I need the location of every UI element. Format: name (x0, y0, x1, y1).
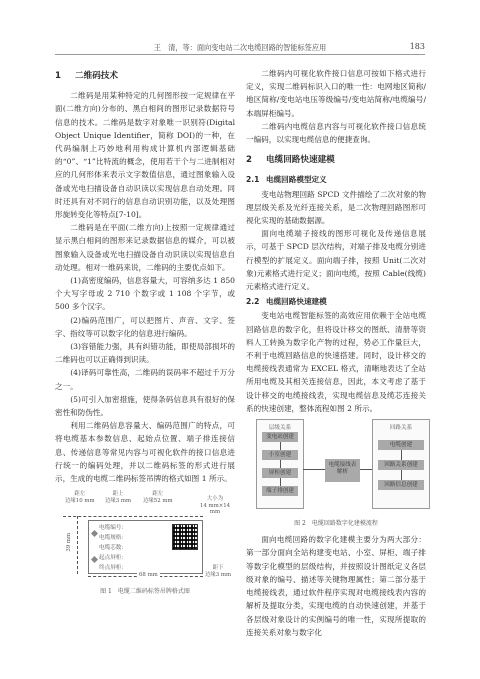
dimension-line (63, 516, 203, 517)
section-2-2-heading: 2.2电缆回路快速建模 (246, 295, 426, 308)
figure-1-label-diagram: 距左边缘10 mm 距上边缘3 mm 距左边缘52 mm 大小为14 mm×14… (55, 491, 235, 583)
label-width: 68 mm (137, 572, 160, 579)
flow-step: 端子排创建 (262, 486, 298, 496)
figure-1-caption: 图 1 电缆二维码标签吊牌格式图 (55, 585, 235, 598)
hierarchy-group: 层级关系 变电站创建 小室创建 屏柜创建 端子排创建 (256, 419, 304, 509)
paragraph: (4)译码可靠性高，二维码的误码率不超过千万分之一。 (55, 366, 235, 392)
paragraph: (5)可引入加密措施，使得条码信息具有很好的保密性和防伪性。 (55, 393, 235, 419)
label-qr-left-margin: 距左边缘52 mm (143, 491, 173, 504)
paragraph: (3)容错能力强，具有纠错功能，即使局部损坏的二维码也可以正确得到识读。 (55, 340, 235, 366)
label-height: 39 mm (66, 533, 73, 552)
paragraph: 利用二维码信息容量大、编码范围广的特点，可将电缆基本参数信息、起始点位置、端子排… (55, 419, 235, 485)
section-1-heading: 1二维码技术 (55, 70, 235, 83)
cable-tag-card: 电缆编号： 电缆规格： 电缆芯数： 起点屏柜： 终点屏柜： (88, 520, 203, 574)
hole-icon (91, 556, 98, 563)
label-top-margin: 距上边缘3 mm (105, 491, 131, 504)
dimension-line (77, 516, 78, 574)
running-title: 王 清，等：面向变电站二次电缆回路的智能标签应用 (55, 43, 425, 53)
left-column: 1二维码技术 二维码是用某种特定的几何图形按一定规律在平面(二维方向)分布的、黑… (55, 67, 235, 599)
paragraph: 二维码内电缆信息内容与可视化软件接口信息统一编码，以实现电缆信息的便捷查询。 (246, 120, 426, 146)
paragraph: 二维码是在平面(二维方向)上按照一定规律通过显示黑白相间的图形来记录数据信息的媒… (55, 221, 235, 274)
figure-2-flowchart: 层级关系 变电站创建 小室创建 屏柜创建 端子排创建 电缆接线表解析 回路关系 … (246, 419, 426, 511)
flow-step: 电缆创建 (378, 440, 424, 450)
flow-step: 屏柜创建 (262, 468, 298, 478)
paragraph: 面向电缆端子接线的图形可视化及传递信息展示，可基于 SPCD 层次结构，对端子排… (246, 227, 426, 293)
section-2-1-heading: 2.1电缆回路模型定义 (246, 173, 426, 186)
running-header: 王 清，等：面向变电站二次电缆回路的智能标签应用 183 (55, 40, 425, 55)
parse-step: 电缆接线表解析 (325, 459, 360, 482)
paragraph: (2)编码范围广，可以把图片、声音、文字、签字、指纹等可以数字化的信息进行编码。 (55, 314, 235, 340)
qr-code-icon (172, 524, 198, 550)
right-column: 二维码内可视化软件接口信息可按如下格式进行定义，实现二维码标识入口的唯一性：电网… (246, 67, 426, 639)
section-2-heading: 2电缆回路快速建模 (246, 154, 426, 167)
flow-step: 回路关系创建 (378, 460, 424, 470)
paragraph: 变电站物理回路 SPCD 文件描绘了二次对象的物理层级关系及光纤连接关系，是二次… (246, 188, 426, 228)
flow-step: 变电站创建 (262, 432, 298, 442)
circuit-group: 回路关系 电缆创建 回路关系创建 回路信息创建 (372, 419, 430, 509)
figure-2-caption: 图 2 电缆回路数字化建模流程 (246, 517, 426, 530)
flow-step: 回路信息创建 (378, 480, 424, 490)
paragraph: 变电站电缆智能标签的高效应用依赖于全站电缆回路信息的数字化，但将设计移交的图纸、… (246, 309, 426, 415)
paragraph: 二维码内可视化软件接口信息可按如下格式进行定义，实现二维码标识入口的唯一性：电网… (246, 67, 426, 120)
card-line: 终点屏柜： (99, 562, 127, 575)
label-bottom-margin: 距下边缘3 mm (205, 565, 231, 578)
page-number: 183 (410, 42, 425, 51)
hole-icon (91, 530, 98, 537)
flow-step: 小室创建 (262, 450, 298, 460)
label-left-margin: 距左边缘10 mm (65, 491, 95, 504)
label-qr-size: 大小为14 mm×14 mm (195, 496, 235, 516)
paragraph: 面向电缆回路的数字化建模主要分为两大部分：第一部分面向全站构建变电站、小室、屏柜… (246, 533, 426, 639)
paragraph: (1)高密度编码，信息容量大，可容纳多达 1 850 个大写字母或 2 710 … (55, 274, 235, 314)
paragraph: 二维码是用某种特定的几何图形按一定规律在平面(二维方向)分布的、黑白相间的图形记… (55, 89, 235, 221)
